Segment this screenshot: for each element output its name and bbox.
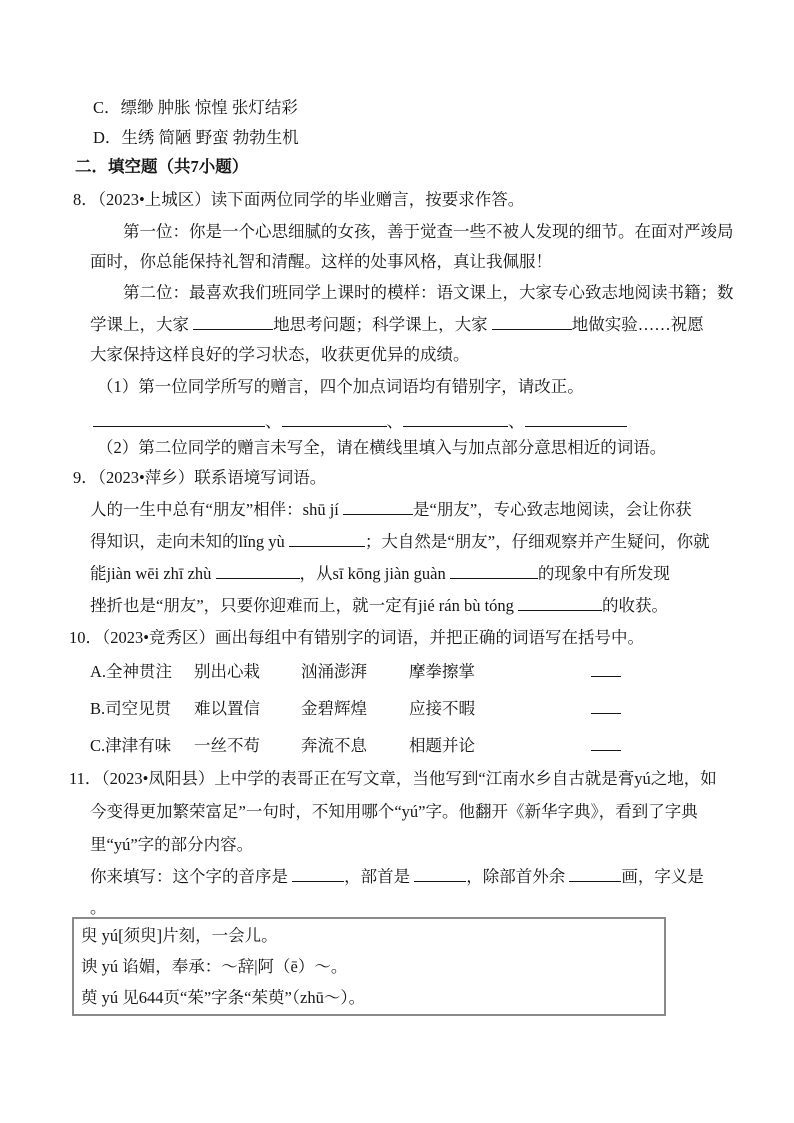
blank-underline — [216, 565, 300, 579]
blank-underline — [450, 565, 538, 579]
word-group: C.津津有味 — [90, 735, 194, 757]
dict-entry-yu2: 谀 yú 谄媚，奉承：～辞|阿（ē）～。 — [81, 951, 664, 982]
q9-line1: 人的一生中总有“朋友”相伴：shū jí 是“朋友”，专心致志地阅读，会让你获 — [90, 499, 692, 521]
q9-line2: 得知识，走向未知的lǐng yù ；大自然是“朋友”，仔细观察并产生疑问，你就 — [90, 531, 710, 553]
word-group: 奔流不息 — [301, 735, 409, 757]
option-c: C．缥缈 肿胀 惊惶 张灯结彩 — [93, 97, 298, 119]
word-group: 别出心栽 — [194, 661, 301, 683]
q9-line3: 能jiàn wēi zhī zhù ，从sī kōng jiàn guàn 的现… — [90, 563, 670, 585]
q8-gift2-line3: 大家保持这样良好的学习状态，收获更优异的成绩。 — [90, 344, 470, 366]
blank-underline — [569, 868, 621, 882]
word-group: B.司空见贯 — [90, 698, 194, 720]
blank-underline — [414, 868, 466, 882]
q8-sub2: （2）第二位同学的赠言未写全，请在横线里填入与加点部分意思相近的词语。 — [97, 437, 666, 459]
q9-intro: 9．（2023•萍乡）联系语境写词语。 — [73, 467, 326, 489]
word-group: A.全神贯注 — [90, 661, 194, 683]
word-group: 应接不暇 — [409, 698, 591, 720]
answer-underline — [591, 737, 621, 751]
q11-line3: 里“yú”字的部分内容。 — [90, 834, 253, 856]
q11-line4: 你来填写：这个字的音序是 ，部首是 ，除部首外余 画，字义是 — [90, 866, 704, 888]
answer-underline — [591, 700, 621, 714]
blank-underline — [343, 501, 413, 515]
q8-answer-blanks: 、、、 — [93, 411, 627, 433]
dictionary-box: 臾 yú[须臾]片刻，一会儿。 谀 yú 谄媚，奉承：～辞|阿（ē）～。 萸 y… — [72, 917, 666, 1016]
q10-row-a: A.全神贯注别出心栽汹涌澎湃摩拳擦掌 — [90, 661, 621, 683]
blank-underline — [93, 413, 265, 427]
q8-gift1-line2: 面时，你总能保持礼智和清醒。这样的处事风格，真让我佩服！ — [90, 251, 552, 273]
q10-intro: 10．（2023•竞秀区）画出每组中有错别字的词语，并把正确的词语写在括号中。 — [69, 627, 644, 649]
blank-underline — [492, 316, 572, 330]
blank-underline — [289, 533, 365, 547]
q9-line4: 挫折也是“朋友”，只要你迎难而上，就一定有jié rán bù tóng 的收获… — [90, 595, 668, 617]
q8-gift1-line1: 第一位：你是一个心思细腻的女孩，善于觉查一些不被人发现的细节。在面对严竣局 — [123, 221, 734, 243]
option-d: D．生绣 简陋 野蛮 勃勃生机 — [93, 127, 299, 149]
exam-page: C．缥缈 肿胀 惊惶 张灯结彩 D．生绣 简陋 野蛮 勃勃生机 二．填空题（共7… — [0, 0, 794, 1123]
q8-sub1: （1）第一位同学所写的赠言，四个加点词语均有错别字，请改正。 — [97, 376, 584, 398]
q8-gift2-line2: 学课上，大家 地思考问题；科学课上，大家 地做实验……祝愿 — [90, 314, 704, 336]
blank-underline — [292, 868, 344, 882]
blank-underline — [193, 316, 273, 330]
blank-underline — [518, 597, 602, 611]
word-group: 相题并论 — [409, 735, 591, 757]
q8-gift2-line1: 第二位：最喜欢我们班同学上课时的模样：语文课上，大家专心致志地阅读书籍；数 — [123, 282, 734, 304]
word-group: 金碧辉煌 — [301, 698, 409, 720]
blank-underline — [282, 413, 387, 427]
blank-underline — [525, 413, 627, 427]
dict-entry-yu1: 臾 yú[须臾]片刻，一会儿。 — [81, 920, 664, 951]
word-group: 一丝不苟 — [194, 735, 301, 757]
q11-line2: 今变得更加繁荣富足”一句时，不知用哪个“yú”字。他翻开《新华字典》，看到了字典 — [90, 801, 698, 823]
dict-entry-yu3: 萸 yú 见644页“茱”字条“茱萸”（zhū～）。 — [81, 982, 664, 1013]
answer-underline — [591, 663, 621, 677]
word-group: 摩拳擦掌 — [409, 661, 591, 683]
q10-row-c: C.津津有味一丝不苟奔流不息相题并论 — [90, 735, 621, 757]
word-group: 汹涌澎湃 — [301, 661, 409, 683]
q11-line1: 11．（2023•凤阳县）上中学的表哥正在写文章，当他写到“江南水乡自古就是膏y… — [69, 768, 717, 790]
q10-row-b: B.司空见贯难以置信金碧辉煌应接不暇 — [90, 698, 621, 720]
q8-intro: 8．（2023•上城区）读下面两位同学的毕业赠言，按要求作答。 — [73, 189, 524, 211]
blank-underline — [403, 413, 508, 427]
q11-line5: 。 — [90, 897, 107, 919]
section-heading: 二．填空题（共7小题） — [75, 156, 248, 178]
word-group: 难以置信 — [194, 698, 301, 720]
